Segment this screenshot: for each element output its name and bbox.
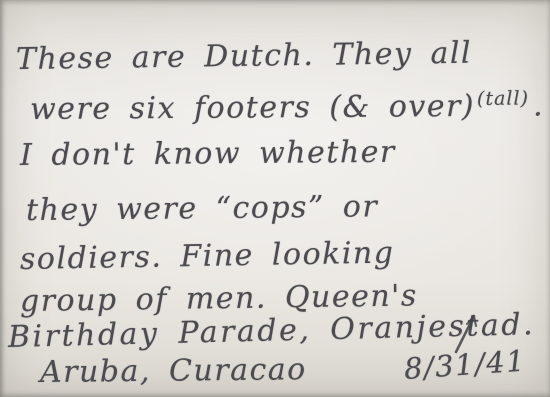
handwriting-place: Aruba, Curacao: [40, 352, 307, 390]
handwriting-line-1: These are Dutch. They all: [16, 36, 473, 77]
handwriting-line-4: they were “cops” or: [26, 189, 379, 228]
handwriting-line-2-insertion: (tall): [477, 88, 529, 110]
handwritten-note: These are Dutch. They all were six foote…: [0, 0, 550, 397]
handwriting-date: 8/31/41: [403, 344, 527, 386]
handwriting-line-2: were six footers (& over)(tall).: [30, 88, 544, 127]
handwriting-line-5: soldiers. Fine looking: [20, 235, 395, 277]
handwriting-line-3: I don't know whether: [20, 135, 396, 173]
handwriting-line-2-period: .: [533, 88, 544, 123]
handwriting-line-2-main: were six footers (& over): [30, 89, 475, 127]
